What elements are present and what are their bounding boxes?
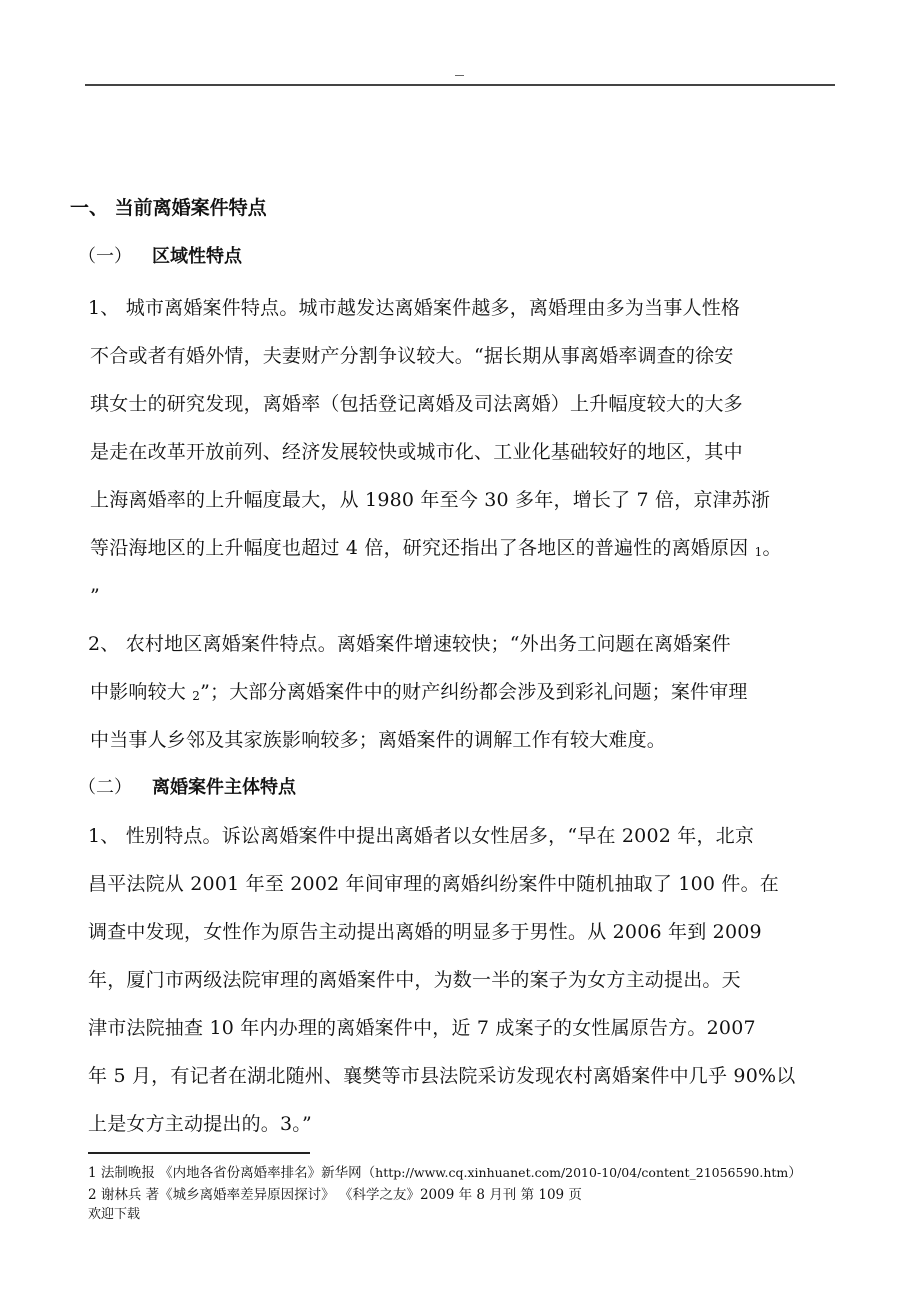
header-rule: [85, 84, 835, 86]
footnote-2: 2 谢林兵 著《城乡离婚率差异原因探讨》 《科学之友》2009 年 8 月刊 第…: [88, 1186, 582, 1204]
subsection-title-subject: （二）离婚案件主体特点: [78, 776, 296, 800]
paragraph-line: 津市法院抽查 10 年内办理的离婚案件中，近 7 成案子的女性属原告方。2007: [88, 1016, 756, 1040]
footnote-url-link[interactable]: http://www.cq.xinhuanet.com/2010-10/04/c…: [375, 1165, 788, 1180]
line-text: ”；大部分离婚案件中的财产纠纷都会涉及到彩礼问题；案件审理: [200, 681, 748, 703]
paragraph-line: 1、 城市离婚案件特点。城市越发达离婚案件越多，离婚理由多为当事人性格: [88, 296, 740, 320]
line-text: 等沿海地区的上升幅度也超过 4 倍，研究还指出了各地区的普遍性的离婚原因: [90, 537, 748, 559]
paragraph-line: 琪女士的研究发现，离婚率（包括登记离婚及司法离婚）上升幅度较大的大多: [90, 392, 743, 416]
paragraph-line: 2、 农村地区离婚案件特点。离婚案件增速较快；“外出务工问题在离婚案件: [88, 632, 731, 656]
footnote-1: 1 法制晚报 《内地各省份离婚率排名》新华网（http://www.cq.xin…: [88, 1164, 802, 1182]
header-mark: [455, 75, 464, 76]
paragraph-line: 1、 性别特点。诉讼离婚案件中提出离婚者以女性居多，“早在 2002 年，北京: [88, 824, 754, 848]
paragraph-line: 是走在改革开放前列、经济发展较快或城市化、工业化基础较好的地区，其中: [90, 440, 743, 464]
paragraph-line: 年，厦门市两级法院审理的离婚案件中，为数一半的案子为女方主动提出。天: [88, 968, 741, 992]
subsection-label: 区域性特点: [152, 246, 242, 267]
paragraph-line: 上是女方主动提出的。3。”: [88, 1112, 312, 1136]
line-text: 中影响较大: [90, 681, 186, 703]
paragraph-line: 年 5 月，有记者在湖北随州、襄樊等市县法院采访发现农村离婚案件中几乎 90%以: [88, 1064, 795, 1088]
footer-welcome-text: 欢迎下载: [88, 1206, 140, 1224]
line-end: 。: [762, 537, 781, 559]
paragraph-line: 不合或者有婚外情，夫妻财产分割争议较大。“据长期从事离婚率调查的徐安: [90, 344, 734, 368]
subsection-number: （二）: [78, 776, 152, 800]
footnote-end: ）: [788, 1165, 802, 1181]
paragraph-line: 上海离婚率的上升幅度最大，从 1980 年至今 30 多年，增长了 7 倍，京津…: [90, 488, 770, 512]
paragraph-line: 昌平法院从 2001 年至 2002 年间审理的离婚纠纷案件中随机抽取了 100…: [88, 872, 779, 896]
paragraph-line: 调查中发现，女性作为原告主动提出离婚的明显多于男性。从 2006 年到 2009: [88, 920, 762, 944]
paragraph-line: ”: [90, 584, 100, 608]
subsection-number: （一）: [78, 245, 152, 269]
footnote-ref-2[interactable]: 2: [192, 689, 200, 703]
subsection-title-regional: （一）区域性特点: [78, 245, 242, 269]
paragraph-line: 等沿海地区的上升幅度也超过 4 倍，研究还指出了各地区的普遍性的离婚原因 1。: [90, 536, 782, 564]
subsection-label: 离婚案件主体特点: [152, 777, 296, 798]
footnote-separator: [88, 1152, 310, 1154]
paragraph-line: 中影响较大 2”；大部分离婚案件中的财产纠纷都会涉及到彩礼问题；案件审理: [90, 680, 748, 708]
section-title: 一、 当前离婚案件特点: [70, 196, 267, 220]
paragraph-line: 中当事人乡邻及其家族影响较多；离婚案件的调解工作有较大难度。: [90, 728, 666, 752]
footnote-text: 1 法制晚报 《内地各省份离婚率排名》新华网（: [88, 1165, 375, 1181]
